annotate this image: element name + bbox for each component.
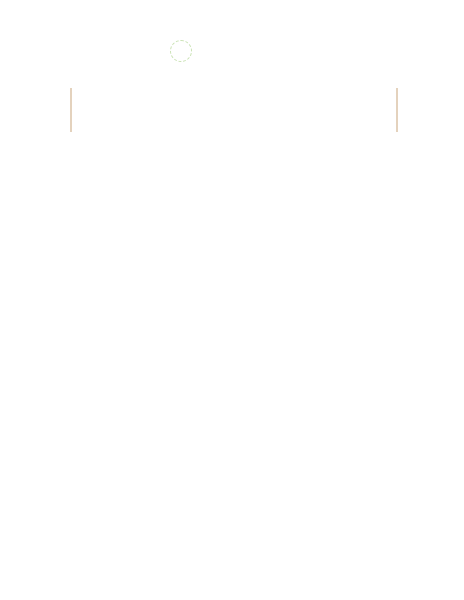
paragraph-4-line-1 bbox=[58, 387, 62, 405]
lesson-number-badge bbox=[170, 40, 192, 62]
paragraph-1-line-1 bbox=[58, 158, 62, 176]
lesson-title bbox=[170, 36, 198, 66]
paragraph-3-line-1 bbox=[58, 287, 62, 305]
paragraph-2-line-1 bbox=[58, 213, 62, 231]
prereading-box bbox=[70, 88, 398, 132]
